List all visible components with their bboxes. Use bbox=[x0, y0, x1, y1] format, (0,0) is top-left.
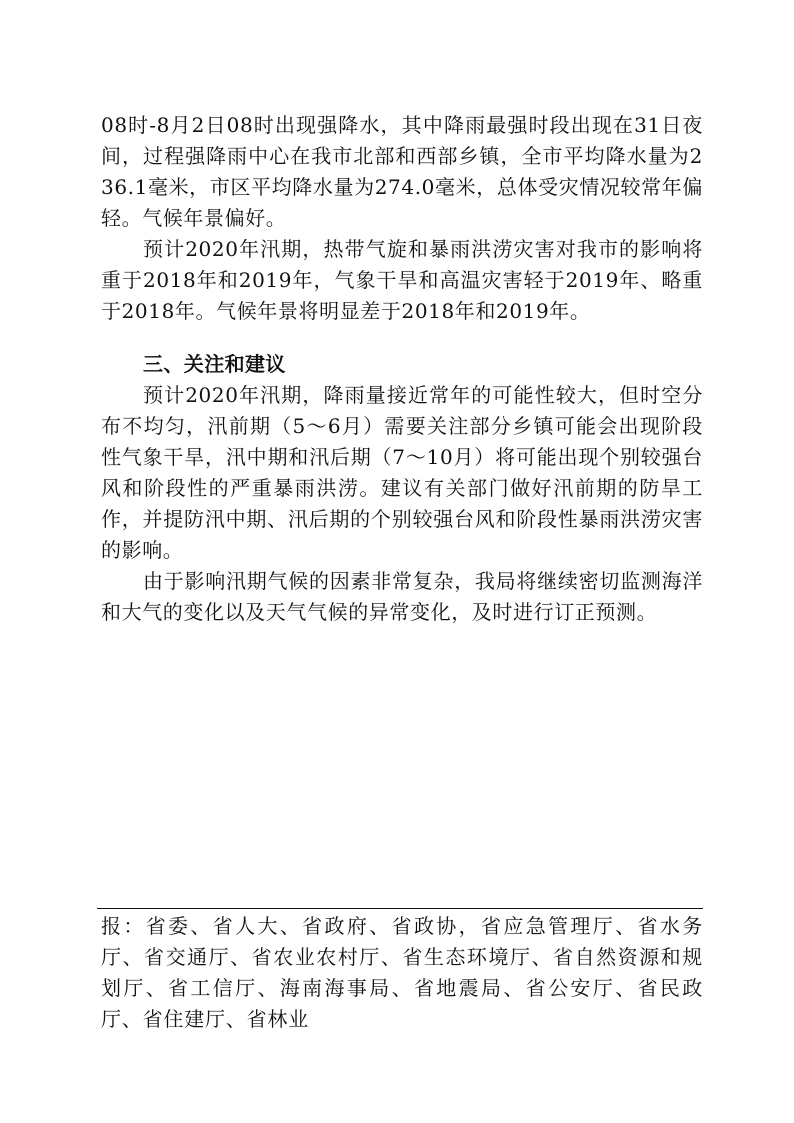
paragraph-rainfall-summary: 08时-8月2日08时出现强降水，其中降雨最强时段出现在31日夜间，过程强降雨中… bbox=[101, 110, 703, 234]
document-page: 08时-8月2日08时出现强降水，其中降雨最强时段出现在31日夜间，过程强降雨中… bbox=[0, 0, 794, 1123]
paragraph-recommendations: 预计2020年汛期，降雨量接近常年的可能性较大，但时空分布不均匀，汛前期（5～6… bbox=[101, 380, 703, 566]
distribution-list: 报：省委、省人大、省政府、省政协，省应急管理厅、省水务厅、省交通厅、省农业农村厅… bbox=[97, 911, 703, 1035]
paragraph-monitoring-statement: 由于影响汛期气候的因素非常复杂，我局将继续密切监测海洋和大气的变化以及天气气候的… bbox=[101, 566, 703, 628]
document-body: 08时-8月2日08时出现强降水，其中降雨最强时段出现在31日夜间，过程强降雨中… bbox=[101, 110, 703, 628]
footer-separator-line bbox=[97, 908, 703, 909]
paragraph-2020-flood-outlook: 预计2020年汛期，热带气旋和暴雨洪涝灾害对我市的影响将重于2018年和2019… bbox=[101, 234, 703, 327]
distribution-footer: 报：省委、省人大、省政府、省政协，省应急管理厅、省水务厅、省交通厅、省农业农村厅… bbox=[97, 908, 703, 1035]
section-heading-recommendations: 三、关注和建议 bbox=[101, 349, 703, 380]
